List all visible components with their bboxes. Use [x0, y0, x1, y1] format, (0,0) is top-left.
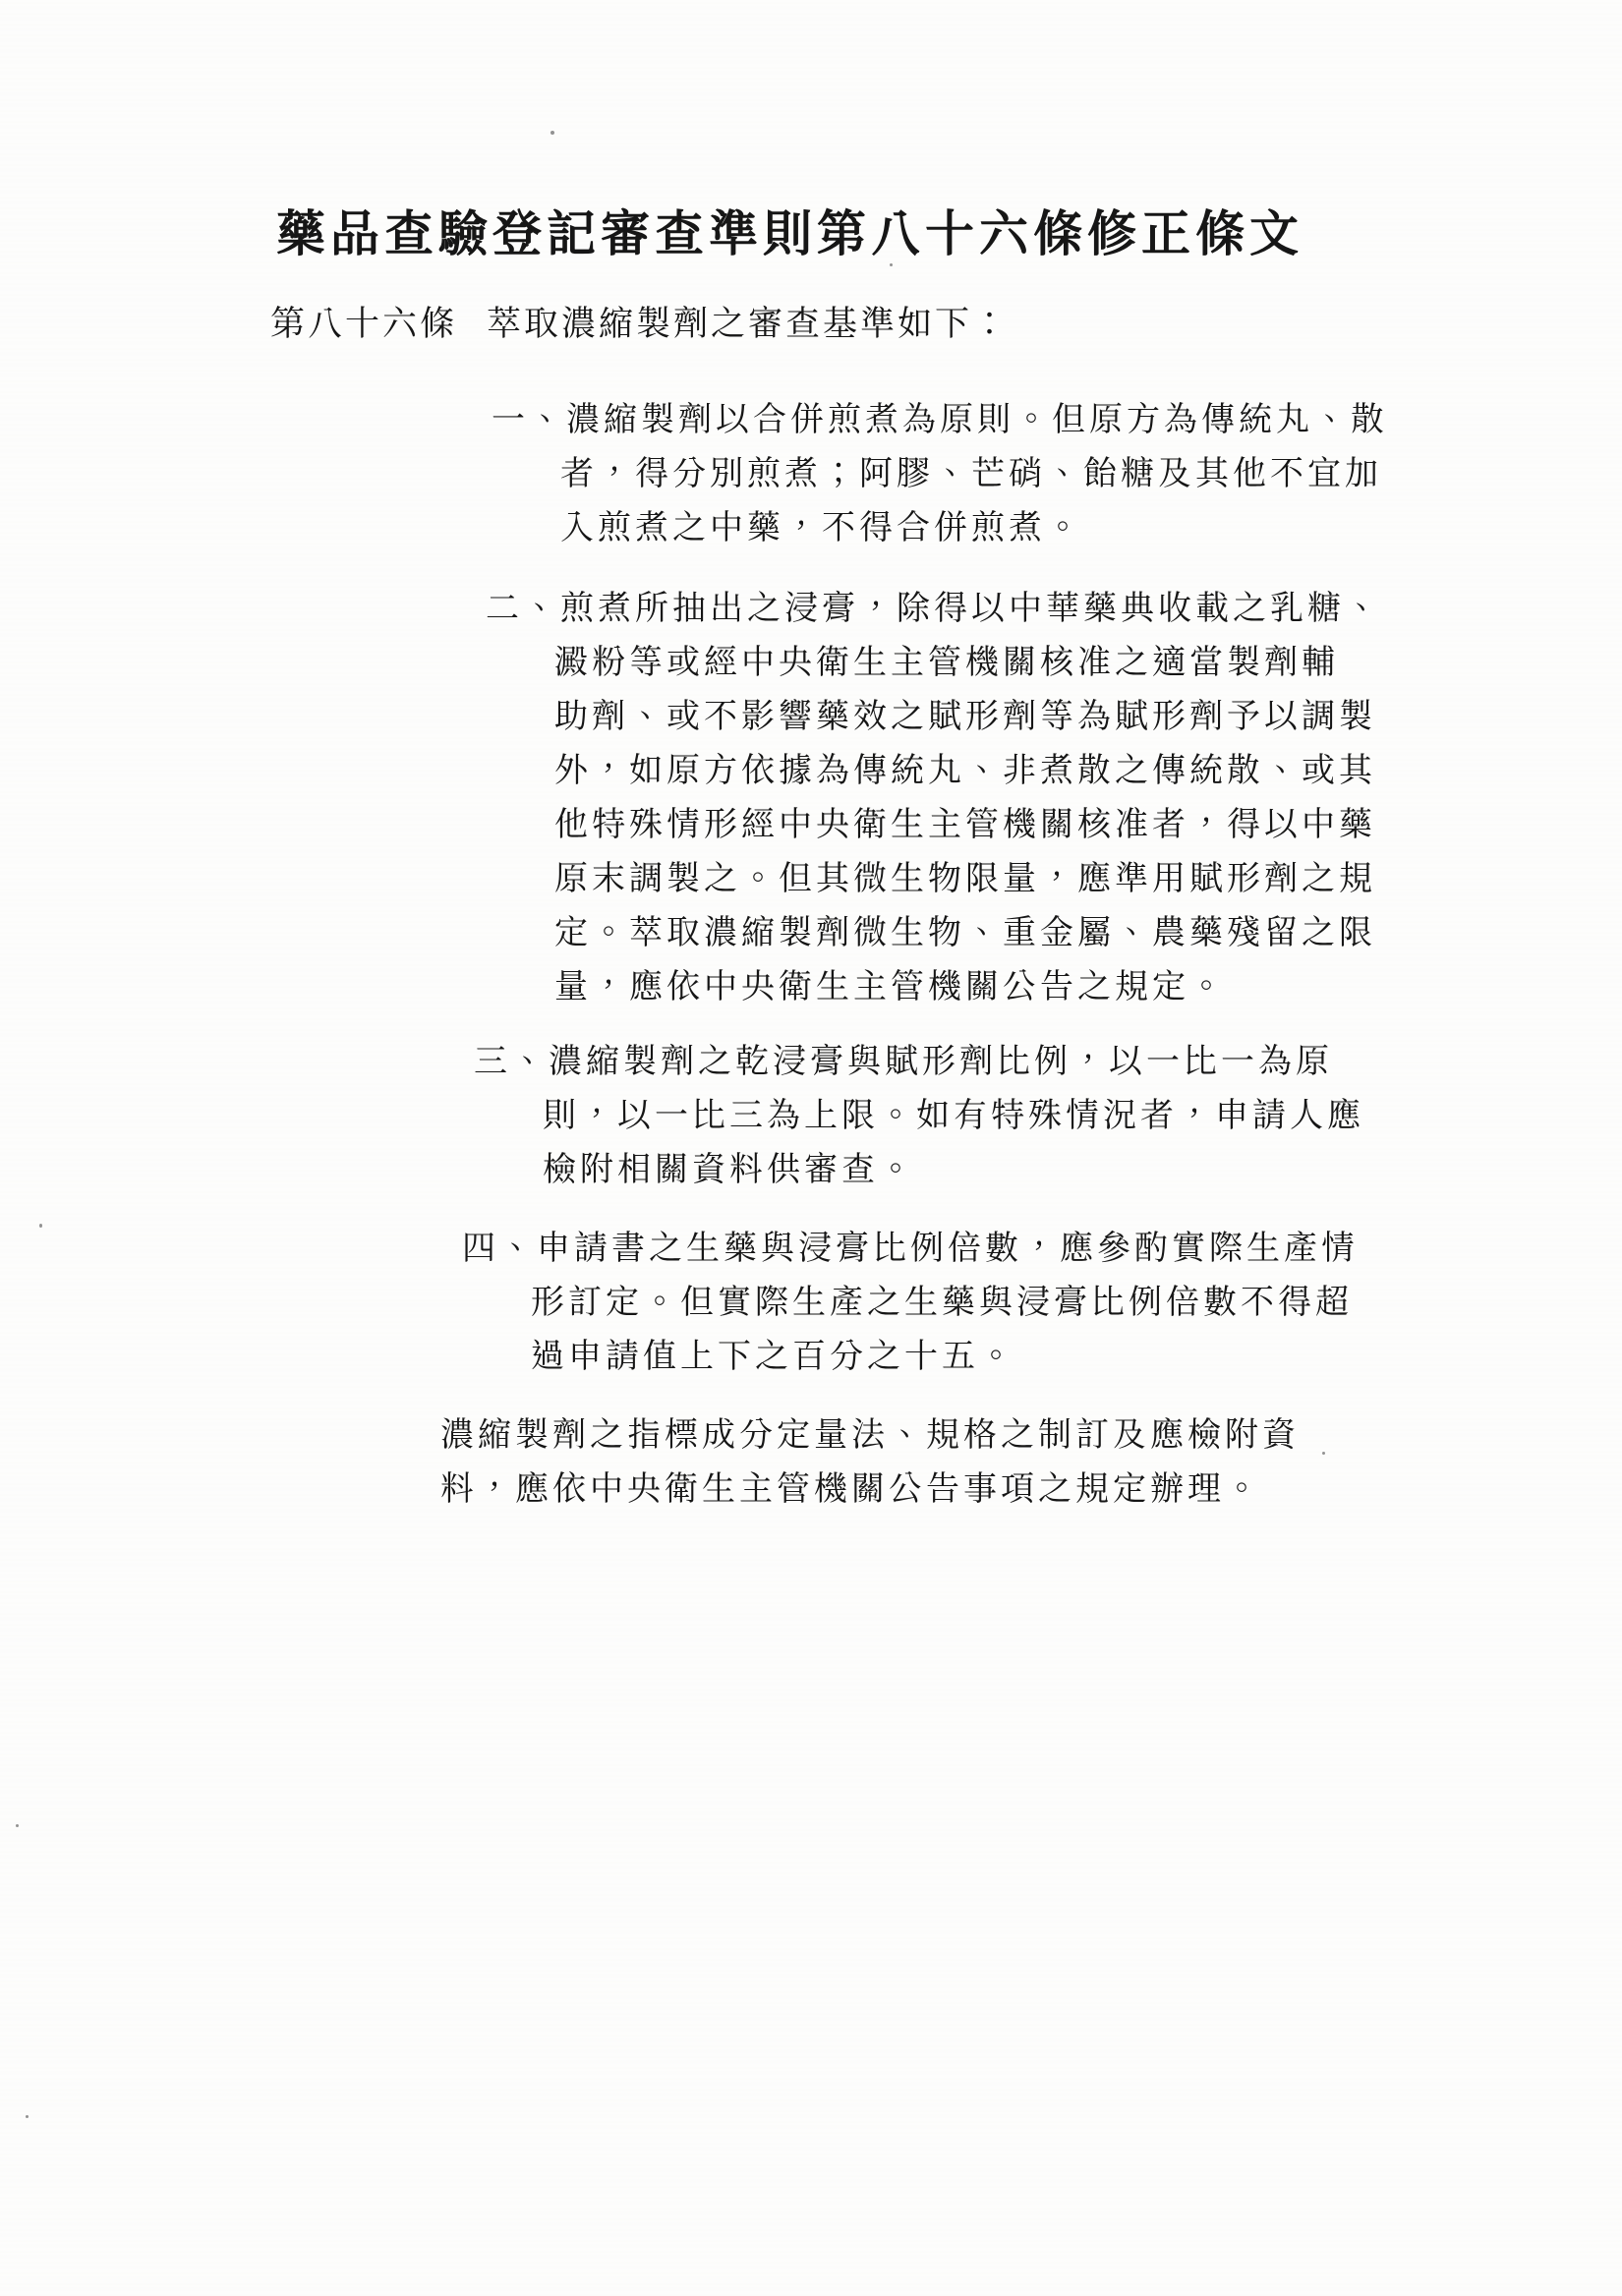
document-title: 藥品查驗登記審查準則第八十六條修正條文: [276, 201, 1303, 266]
article-number: 第八十六條: [270, 305, 457, 344]
item-text-line: 檢附相關資料供審查。: [474, 1143, 1364, 1197]
item-text-line: 一、濃縮製劑以合併煎煮為原則。但原方為傳統丸、散: [492, 393, 1388, 447]
scanned-document-page: 藥品查驗登記審查準則第八十六條修正條文 第八十六條萃取濃縮製劑之審查基準如下： …: [0, 0, 1622, 2296]
item-number: 三、: [474, 1035, 549, 1089]
item-number: 一、: [492, 393, 566, 447]
scan-speck: [890, 263, 893, 266]
item-number: 四、: [462, 1222, 537, 1276]
item-text-line: 者，得分別煎煮；阿膠、芒硝、飴糖及其他不宜加: [492, 447, 1388, 501]
criterion-item-2: 二、煎煮所抽出之浸膏，除得以中華藥典收載之乳糖、 澱粉等或經中央衛生主管機關核准…: [486, 582, 1382, 1014]
criterion-item-4: 四、申請書之生藥與浸膏比例倍數，應參酌實際生產情 形訂定。但實際生產之生藥與浸膏…: [462, 1222, 1359, 1384]
item-text-line: 原末調製之。但其微生物限量，應準用賦形劑之規: [486, 852, 1382, 906]
item-text-line: 入煎煮之中藥，不得合併煎煮。: [492, 501, 1388, 555]
item-text-line: 過申請值上下之百分之十五。: [462, 1330, 1359, 1384]
scan-speck: [39, 1224, 42, 1228]
criterion-item-3: 三、濃縮製劑之乾浸膏與賦形劑比例，以一比一為原 則，以一比三為上限。如有特殊情況…: [474, 1035, 1364, 1197]
scan-speck: [16, 1824, 19, 1827]
article-heading: 第八十六條萃取濃縮製劑之審查基準如下：: [270, 301, 1010, 348]
scan-speck: [1322, 1452, 1325, 1455]
item-text-line: 二、煎煮所抽出之浸膏，除得以中華藥典收載之乳糖、: [486, 582, 1382, 636]
item-text: 濃縮製劑以合併煎煮為原則。但原方為傳統丸、散: [566, 400, 1388, 439]
item-text-line: 量，應依中央衛生主管機關公告之規定。: [486, 960, 1382, 1014]
item-text: 申請書之生藥與浸膏比例倍數，應參酌實際生產情: [537, 1229, 1359, 1268]
closing-paragraph: 濃縮製劑之指標成分定量法、規格之制訂及應檢附資 料，應依中央衛生主管機關公告事項…: [440, 1408, 1300, 1517]
scan-speck: [26, 2115, 29, 2118]
item-text-line: 澱粉等或經中央衛生主管機關核准之適當製劑輔: [486, 636, 1382, 690]
scan-speck: [550, 131, 554, 135]
item-text-line: 四、申請書之生藥與浸膏比例倍數，應參酌實際生產情: [462, 1222, 1359, 1276]
closing-text-line: 濃縮製劑之指標成分定量法、規格之制訂及應檢附資: [440, 1408, 1300, 1463]
item-text-line: 助劑、或不影響藥效之賦形劑等為賦形劑予以調製: [486, 690, 1382, 744]
item-text-line: 三、濃縮製劑之乾浸膏與賦形劑比例，以一比一為原: [474, 1035, 1364, 1089]
article-intro: 萃取濃縮製劑之審查基準如下：: [487, 305, 1010, 344]
item-text-line: 他特殊情形經中央衛生主管機關核准者，得以中藥: [486, 798, 1382, 852]
item-text: 煎煮所抽出之浸膏，除得以中華藥典收載之乳糖、: [560, 589, 1382, 628]
closing-text-line: 料，應依中央衛生主管機關公告事項之規定辦理。: [440, 1463, 1300, 1517]
item-text-line: 定。萃取濃縮製劑微生物、重金屬、農藥殘留之限: [486, 906, 1382, 960]
item-text: 濃縮製劑之乾浸膏與賦形劑比例，以一比一為原: [549, 1042, 1333, 1081]
item-text-line: 形訂定。但實際生產之生藥與浸膏比例倍數不得超: [462, 1276, 1359, 1330]
item-text-line: 外，如原方依據為傳統丸、非煮散之傳統散、或其: [486, 744, 1382, 798]
item-text-line: 則，以一比三為上限。如有特殊情況者，申請人應: [474, 1089, 1364, 1143]
item-number: 二、: [486, 582, 560, 636]
criterion-item-1: 一、濃縮製劑以合併煎煮為原則。但原方為傳統丸、散 者，得分別煎煮；阿膠、芒硝、飴…: [492, 393, 1388, 555]
